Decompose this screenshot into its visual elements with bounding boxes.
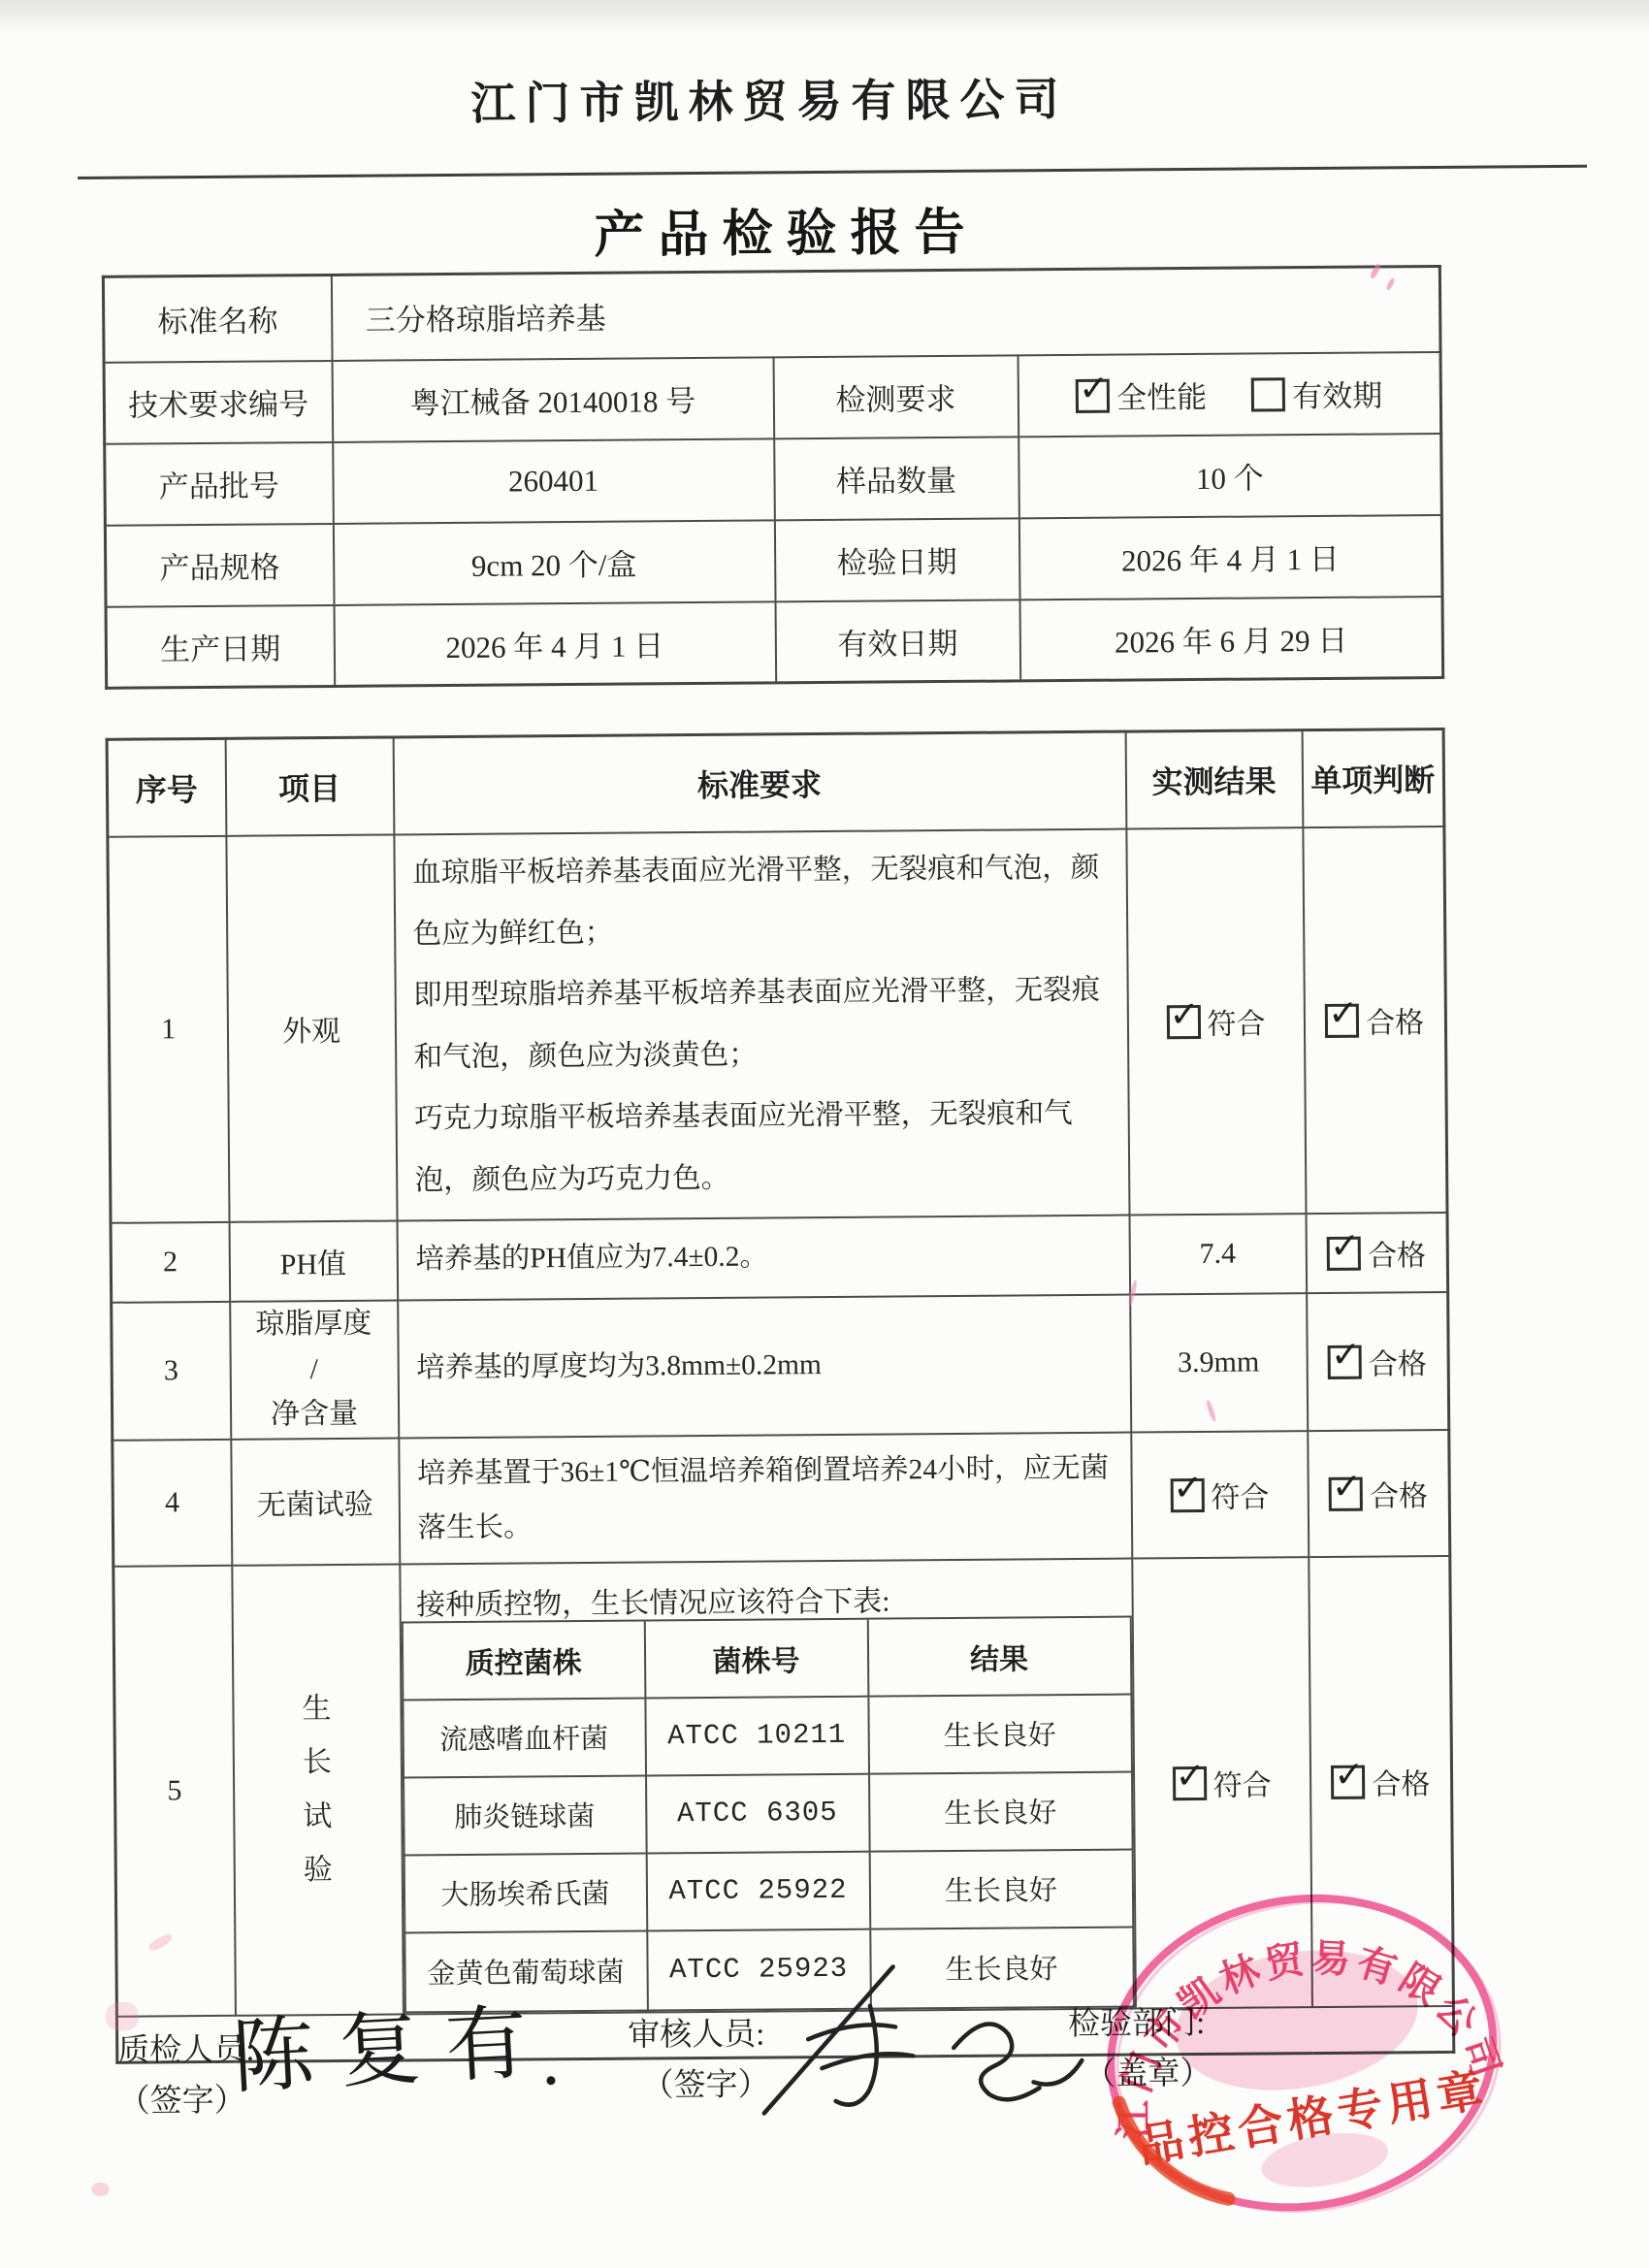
test-req-options: 全性能有效期 (1018, 351, 1441, 436)
inner-header-row: 质控菌株 菌株号 结果 (402, 1616, 1131, 1700)
standard-name-value: 三分格琼脂培养基 (331, 266, 1440, 360)
judgement-label: 合格 (1366, 1007, 1424, 1039)
row-requirement: 血琼脂平板培养基表面应光滑平整，无裂痕和气泡，颜色应为鲜红色； 即用型琼脂培养基… (394, 828, 1129, 1220)
header-item: 项目 (225, 737, 394, 835)
checked-checkbox-icon (1325, 1003, 1359, 1037)
strain-name: 肺炎链球菌 (404, 1775, 647, 1855)
tech-req-label: 技术要求编号 (104, 360, 333, 443)
row-judgement: 合格 (1306, 1213, 1448, 1293)
strain-name: 大肠埃希氏菌 (404, 1853, 647, 1932)
inspector-sub-label: （签字） (117, 2075, 245, 2122)
header-judgement: 单项判断 (1302, 729, 1444, 826)
prod-date-label: 生产日期 (106, 604, 335, 688)
result-label: 符合 (1212, 1769, 1271, 1801)
judgement-label: 合格 (1372, 1768, 1430, 1800)
strain-name: 流感嗜血杆菌 (403, 1698, 646, 1777)
item-line: 净含量 (231, 1392, 397, 1439)
inspect-date-value: 2026 年 4 月 1 日 (1018, 514, 1442, 599)
row-result: 符合 (1126, 827, 1306, 1215)
ink-mark (106, 2002, 139, 2031)
report-title: 产品检验报告 (0, 186, 1578, 272)
requirement-line: 巧克力琼脂平板培养基表面应光滑平整，无裂痕和气泡，颜色应为巧克力色。 (414, 1084, 1113, 1212)
row-requirement: 培养基的厚度均为3.8mm±0.2mm (398, 1295, 1131, 1438)
checked-checkbox-icon (1328, 1345, 1362, 1378)
item-char: 生 (234, 1681, 400, 1736)
row-no: 5 (113, 1565, 236, 2016)
checked-checkbox-icon (1166, 1005, 1200, 1039)
result-label: 符合 (1207, 1008, 1265, 1040)
paper-sheet: 江门市凯林贸易有限公司 产品检验报告 标准名称 三分格琼脂培养基 技术要求编号 … (0, 0, 1649, 2268)
test-req-label: 检测要求 (773, 355, 1018, 438)
inner-row: 大肠埃希氏菌 ATCC 25922 生长良好 (404, 1849, 1133, 1932)
strain-number: ATCC 6305 (646, 1773, 870, 1853)
item-char: 试 (235, 1789, 401, 1844)
checked-checkbox-icon (1170, 1478, 1204, 1512)
table-row: 生产日期 2026 年 4 月 1 日 有效日期 2026 年 6 月 29 日 (106, 596, 1443, 688)
unchecked-checkbox-icon (1251, 377, 1285, 411)
strain-result: 生长良好 (868, 1694, 1132, 1773)
strain-result: 生长良好 (869, 1771, 1133, 1851)
ink-mark (91, 2183, 109, 2196)
table-row: 产品规格 9cm 20 个/盒 检验日期 2026 年 4 月 1 日 (105, 514, 1442, 606)
prod-date-value: 2026 年 4 月 1 日 (334, 601, 776, 687)
item-char: 长 (234, 1735, 400, 1791)
checked-checkbox-icon (1076, 379, 1110, 413)
sample-qty-value: 10 个 (1018, 433, 1442, 517)
inner-row: 流感嗜血杆菌 ATCC 10211 生长良好 (403, 1694, 1132, 1777)
tech-req-value: 粤江械备 20140018 号 (332, 357, 774, 442)
row-no: 4 (113, 1439, 232, 1566)
row-judgement: 合格 (1308, 1429, 1450, 1556)
inspector-signature: 陈复有 (229, 1976, 555, 2110)
inner-header-strain-no: 菌株号 (644, 1618, 868, 1698)
results-header-row: 序号 项目 标准要求 实测结果 单项判断 (107, 729, 1444, 836)
qc-stamp: 江门市凯林贸易有限公司 品控合格专用章 (1092, 1864, 1522, 2265)
table-row-appearance: 1 外观 血琼脂平板培养基表面应光滑平整，无裂痕和气泡，颜色应为鲜红色； 即用型… (108, 826, 1447, 1222)
table-row-sterility: 4 无菌试验 培养基置于36±1℃恒温培养箱倒置培养24小时，应无菌落生长。 符… (113, 1429, 1450, 1566)
test-req-option-validity: 有效期 (1292, 378, 1382, 413)
row-no: 3 (112, 1302, 231, 1440)
expiry-label: 有效日期 (775, 599, 1020, 683)
item-line: / (231, 1346, 397, 1393)
reviewer-signature (745, 1954, 1095, 2126)
strain-number: ATCC 10211 (645, 1696, 869, 1775)
inner-header-strain: 质控菌株 (402, 1620, 645, 1700)
table-row: 技术要求编号 粤江械备 20140018 号 检测要求 全性能有效期 (104, 351, 1441, 443)
checked-checkbox-icon (1327, 1237, 1361, 1271)
scanned-report-page: 江门市凯林贸易有限公司 产品检验报告 标准名称 三分格琼脂培养基 技术要求编号 … (0, 0, 1649, 2268)
row-item: PH值 (229, 1221, 398, 1302)
row-no: 1 (108, 835, 229, 1222)
standard-name-label: 标准名称 (103, 275, 332, 362)
result-label: 符合 (1211, 1481, 1269, 1513)
row-requirement: 培养基的PH值应为7.4±0.2。 (397, 1215, 1130, 1301)
inner-row: 肺炎链球菌 ATCC 6305 生长良好 (404, 1771, 1133, 1855)
row-result: 3.9mm (1130, 1293, 1308, 1432)
row-item: 无菌试验 (231, 1438, 400, 1565)
table-row-thickness: 3 琼脂厚度 / 净含量 培养基的厚度均为3.8mm±0.2mm 3.9mm 合… (112, 1292, 1449, 1440)
spec-label: 产品规格 (105, 523, 334, 606)
test-req-option-full: 全性能 (1116, 380, 1207, 415)
row-requirement: 培养基置于36±1℃恒温培养箱倒置培养24小时，应无菌落生长。 (399, 1432, 1132, 1564)
requirement-line: 血琼脂平板培养基表面应光滑平整，无裂痕和气泡，颜色应为鲜红色； (412, 837, 1111, 965)
strain-number: ATCC 25922 (646, 1851, 870, 1930)
inspect-date-label: 检验日期 (774, 518, 1019, 601)
growth-caption: 接种质控物，生长情况应该符合下表: (401, 1559, 1131, 1621)
row-result: 符合 (1131, 1431, 1309, 1559)
sample-qty-label: 样品数量 (774, 437, 1019, 520)
judgement-label: 合格 (1368, 1240, 1426, 1272)
table-row-ph: 2 PH值 培养基的PH值应为7.4±0.2。 7.4 合格 (111, 1213, 1448, 1303)
header-no: 序号 (107, 738, 226, 836)
header-divider-line (78, 165, 1587, 179)
requirement-line: 即用型琼脂培养基平板培养基表面应光滑平整，无裂痕和气泡，颜色应为淡黄色； (413, 960, 1112, 1088)
inner-header-result: 结果 (867, 1616, 1131, 1696)
table-row: 产品批号 260401 样品数量 10 个 (105, 433, 1442, 525)
header-requirement: 标准要求 (393, 731, 1126, 834)
row-judgement: 合格 (1307, 1292, 1449, 1431)
row-result: 7.4 (1129, 1214, 1307, 1294)
results-table: 序号 项目 标准要求 实测结果 单项判断 1 外观 血琼脂平板培养基表面应光滑平… (106, 728, 1456, 2064)
row-item: 外观 (226, 834, 397, 1222)
item-line: 琼脂厚度 (231, 1302, 397, 1348)
row-item: 琼脂厚度 / 净含量 (230, 1301, 399, 1440)
table-row: 标准名称 三分格琼脂培养基 (103, 266, 1440, 362)
checked-checkbox-icon (1172, 1766, 1206, 1800)
ink-dot (546, 2076, 555, 2085)
checked-checkbox-icon (1331, 1765, 1365, 1798)
row-no: 2 (111, 1222, 230, 1303)
judgement-label: 合格 (1369, 1348, 1427, 1380)
company-title: 江门市凯林贸易有限公司 (0, 60, 1546, 137)
item-char: 验 (235, 1843, 401, 1898)
info-table: 标准名称 三分格琼脂培养基 技术要求编号 粤江械备 20140018 号 检测要… (102, 265, 1444, 690)
batch-label: 产品批号 (105, 441, 334, 525)
header-result: 实测结果 (1125, 730, 1303, 828)
judgement-label: 合格 (1370, 1480, 1428, 1512)
expiry-value: 2026 年 6 月 29 日 (1019, 596, 1443, 680)
row-item: 生 长 试 验 (232, 1564, 404, 2015)
reviewer-label: 审核人员: (628, 2009, 765, 2056)
growth-requirement-cell: 接种质控物，生长情况应该符合下表: 质控菌株 菌株号 结果 流感嗜血杆菌 ATC… (400, 1558, 1136, 2014)
checked-checkbox-icon (1329, 1476, 1363, 1510)
batch-value: 260401 (333, 438, 775, 524)
row-judgement: 合格 (1303, 826, 1447, 1214)
spec-value: 9cm 20 个/盒 (333, 520, 775, 605)
